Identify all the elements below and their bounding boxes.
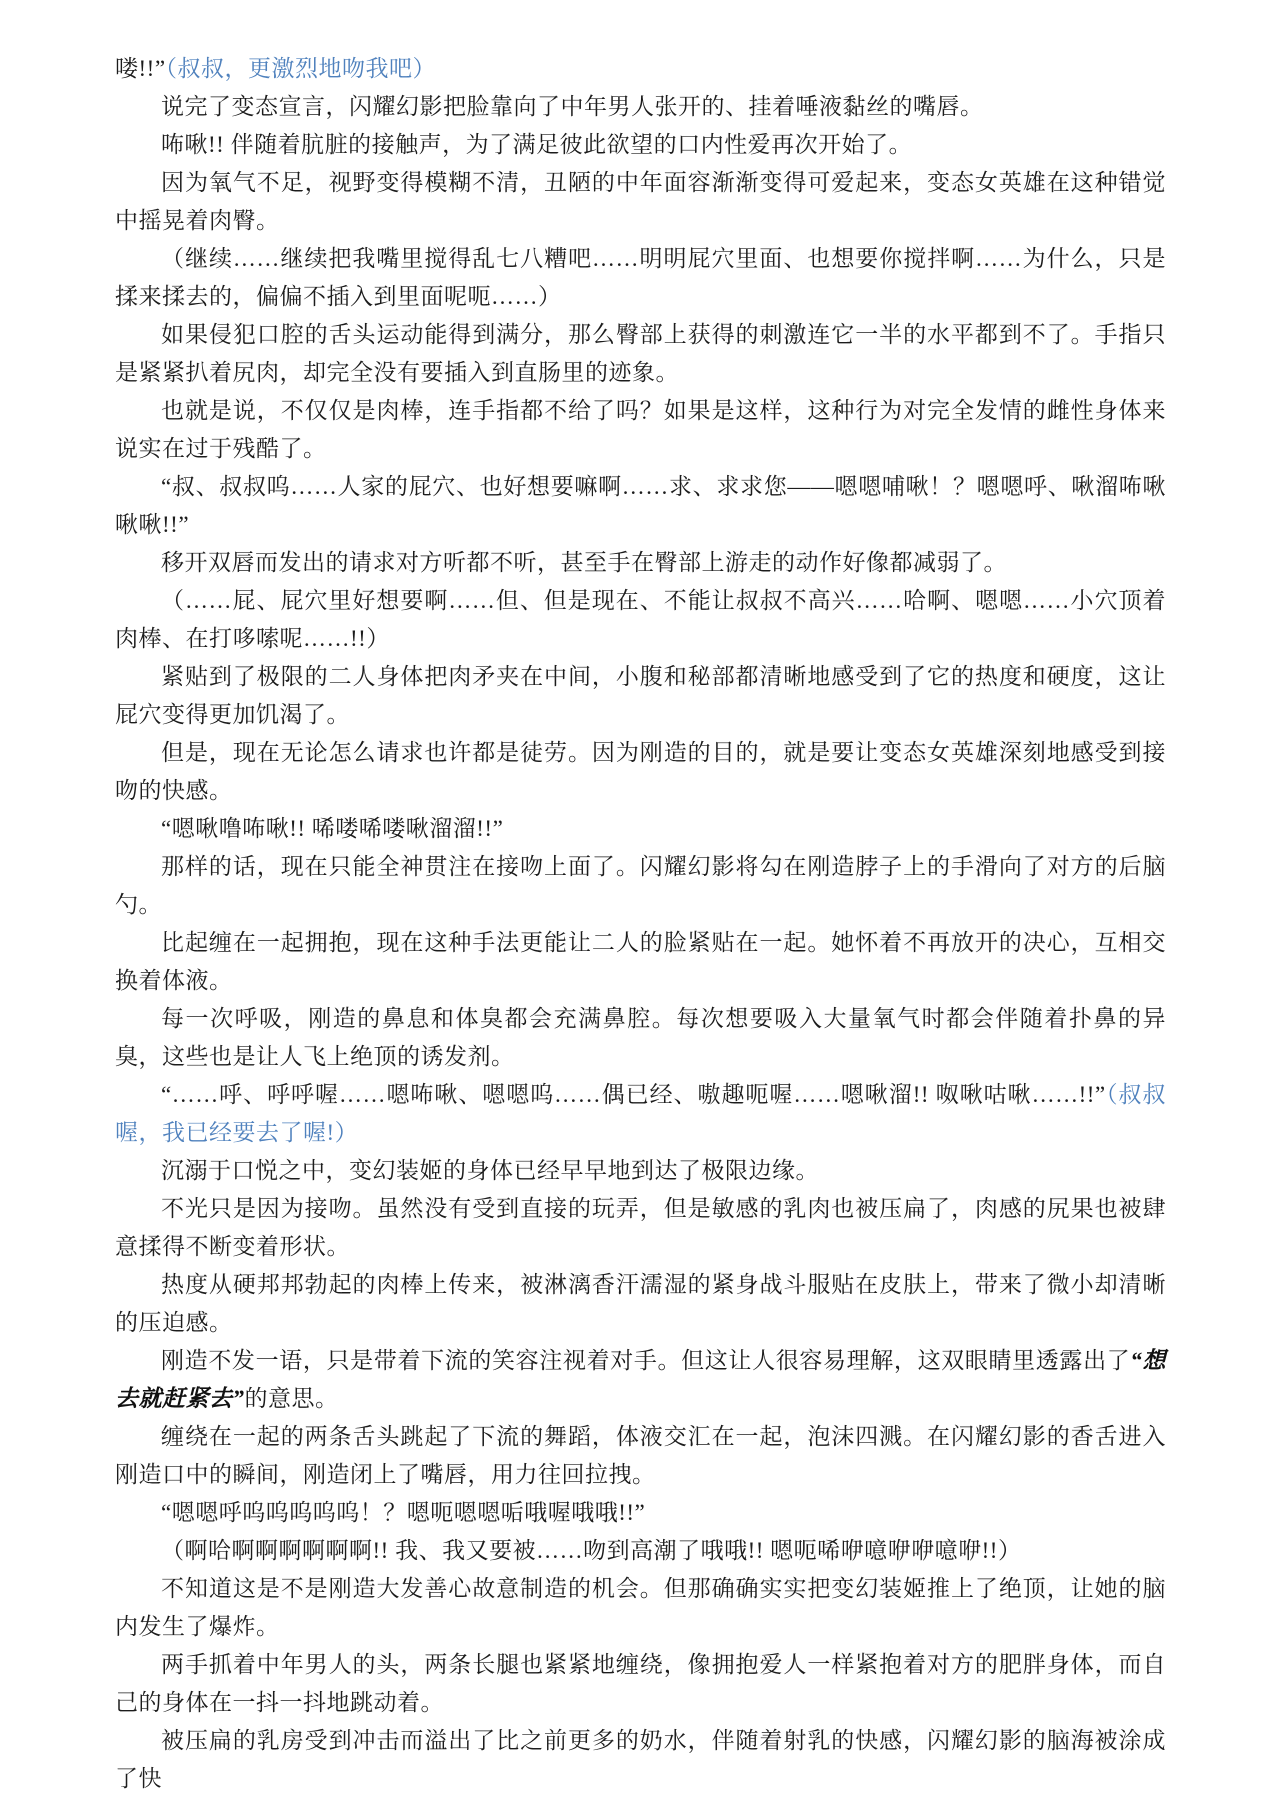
body-text: “……呼、呼呼喔……嗯咘啾、嗯嗯呜……偶已经、嗷趣呃喔……嗯啾溜!! 呶啾咕啾…… <box>161 1082 1106 1107</box>
body-text: 被压扁的乳房受到冲击而溢出了比之前更多的奶水，伴随着射乳的快感，闪耀幻影的脑海被… <box>115 1728 1166 1791</box>
paragraph: 比起缠在一起拥抱，现在这种手法更能让二人的脸紧贴在一起。她怀着不再放开的决心，互… <box>115 924 1166 1000</box>
paragraph: 也就是说，不仅仅是肉棒，连手指都不给了吗？如果是这样，这种行为对完全发情的雌性身… <box>115 392 1166 468</box>
paragraph: 不光只是因为接吻。虽然没有受到直接的玩弄，但是敏感的乳肉也被压扁了，肉感的尻果也… <box>115 1190 1166 1266</box>
body-text: 但是，现在无论怎么请求也许都是徒劳。因为刚造的目的，就是要让变态女英雄深刻地感受… <box>115 740 1166 803</box>
paragraph: 紧贴到了极限的二人身体把肉矛夹在中间，小腹和秘部都清晰地感受到了它的热度和硬度，… <box>115 658 1166 734</box>
body-text: 喽!!” <box>115 56 166 81</box>
paragraph: 不知道这是不是刚造大发善心故意制造的机会。但那确确实实把变幻装姬推上了绝顶，让她… <box>115 1570 1166 1646</box>
paragraph: （啊哈啊啊啊啊啊啊!! 我、我又要被……吻到高潮了哦哦!! 嗯呃唏咿噫咿咿噫咿!… <box>115 1532 1166 1570</box>
paragraph: “……呼、呼呼喔……嗯咘啾、嗯嗯呜……偶已经、嗷趣呃喔……嗯啾溜!! 呶啾咕啾…… <box>115 1076 1166 1152</box>
body-text: 每一次呼吸，刚造的鼻息和体臭都会充满鼻腔。每次想要吸入大量氧气时都会伴随着扑鼻的… <box>115 1006 1166 1069</box>
body-text: （……屁、屁穴里好想要啊……但、但是现在、不能让叔叔不高兴……哈啊、嗯嗯……小穴… <box>115 588 1166 651</box>
paragraph: 因为氧气不足，视野变得模糊不清，丑陋的中年面容渐渐变得可爱起来，变态女英雄在这种… <box>115 164 1166 240</box>
paragraph: “嗯啾噜咘啾!! 唏喽唏喽啾溜溜!!” <box>115 810 1166 848</box>
body-text: 刚造不发一语，只是带着下流的笑容注视着对手。但这让人很容易理解，这双眼睛里透露出… <box>161 1348 1130 1373</box>
paragraph: 如果侵犯口腔的舌头运动能得到满分，那么臀部上获得的刺激连它一半的水平都到不了。手… <box>115 316 1166 392</box>
document-page: 喽!!”（叔叔，更激烈地吻我吧）说完了变态宣言，闪耀幻影把脸靠向了中年男人张开的… <box>0 0 1280 1817</box>
body-text: 也就是说，不仅仅是肉棒，连手指都不给了吗？如果是这样，这种行为对完全发情的雌性身… <box>115 398 1166 461</box>
paragraph: （……屁、屁穴里好想要啊……但、但是现在、不能让叔叔不高兴……哈啊、嗯嗯……小穴… <box>115 582 1166 658</box>
paragraph: 喽!!”（叔叔，更激烈地吻我吧） <box>115 50 1166 88</box>
body-text: 不知道这是不是刚造大发善心故意制造的机会。但那确确实实把变幻装姬推上了绝顶，让她… <box>115 1576 1166 1639</box>
body-text: “叔、叔叔呜……人家的屁穴、也好想要嘛啊……求、求求您——嗯嗯哺啾！？嗯嗯呼、啾… <box>115 474 1166 537</box>
body-text: （啊哈啊啊啊啊啊啊!! 我、我又要被……吻到高潮了哦哦!! 嗯呃唏咿噫咿咿噫咿!… <box>161 1538 1021 1563</box>
document-body: 喽!!”（叔叔，更激烈地吻我吧）说完了变态宣言，闪耀幻影把脸靠向了中年男人张开的… <box>115 50 1166 1798</box>
body-text: 说完了变态宣言，闪耀幻影把脸靠向了中年男人张开的、挂着唾液黏丝的嘴唇。 <box>161 94 984 119</box>
body-text: 紧贴到了极限的二人身体把肉矛夹在中间，小腹和秘部都清晰地感受到了它的热度和硬度，… <box>115 664 1166 727</box>
body-text: 比起缠在一起拥抱，现在这种手法更能让二人的脸紧贴在一起。她怀着不再放开的决心，互… <box>115 930 1166 993</box>
body-text: 沉溺于口悦之中，变幻装姬的身体已经早早地到达了极限边缘。 <box>161 1158 819 1183</box>
body-text: 两手抓着中年男人的头，两条长腿也紧紧地缠绕，像拥抱爱人一样紧抱着对方的肥胖身体，… <box>115 1652 1166 1715</box>
body-text: 因为氧气不足，视野变得模糊不清，丑陋的中年面容渐渐变得可爱起来，变态女英雄在这种… <box>115 170 1166 233</box>
body-text: 咘啾!! 伴随着肮脏的接触声，为了满足彼此欲望的口内性爱再次开始了。 <box>161 132 912 157</box>
body-text: 不光只是因为接吻。虽然没有受到直接的玩弄，但是敏感的乳肉也被压扁了，肉感的尻果也… <box>115 1196 1166 1259</box>
paragraph: 移开双唇而发出的请求对方听都不听，甚至手在臀部上游走的动作好像都减弱了。 <box>115 544 1166 582</box>
paragraph: 但是，现在无论怎么请求也许都是徒劳。因为刚造的目的，就是要让变态女英雄深刻地感受… <box>115 734 1166 810</box>
paragraph: 那样的话，现在只能全神贯注在接吻上面了。闪耀幻影将勾在刚造脖子上的手滑向了对方的… <box>115 848 1166 924</box>
paragraph: “嗯嗯呼呜呜呜呜呜！？嗯呃嗯嗯㖃哦喔哦哦!!” <box>115 1494 1166 1532</box>
paragraph: 说完了变态宣言，闪耀幻影把脸靠向了中年男人张开的、挂着唾液黏丝的嘴唇。 <box>115 88 1166 126</box>
body-text: 缠绕在一起的两条舌头跳起了下流的舞蹈，体液交汇在一起，泡沫四溅。在闪耀幻影的香舌… <box>115 1424 1166 1487</box>
paragraph: 沉溺于口悦之中，变幻装姬的身体已经早早地到达了极限边缘。 <box>115 1152 1166 1190</box>
body-text: 那样的话，现在只能全神贯注在接吻上面了。闪耀幻影将勾在刚造脖子上的手滑向了对方的… <box>115 854 1166 917</box>
paragraph: 缠绕在一起的两条舌头跳起了下流的舞蹈，体液交汇在一起，泡沫四溅。在闪耀幻影的香舌… <box>115 1418 1166 1494</box>
body-text: 的意思。 <box>245 1386 339 1411</box>
translator-annotation: （叔叔，更激烈地吻我吧） <box>166 56 437 81</box>
page-background: { "document": { "type": "novel-text-page… <box>0 0 1280 1817</box>
body-text: 移开双唇而发出的请求对方听都不听，甚至手在臀部上游走的动作好像都减弱了。 <box>161 550 1007 575</box>
paragraph: 刚造不发一语，只是带着下流的笑容注视着对手。但这让人很容易理解，这双眼睛里透露出… <box>115 1342 1166 1418</box>
body-text: 如果侵犯口腔的舌头运动能得到满分，那么臀部上获得的刺激连它一半的水平都到不了。手… <box>115 322 1166 385</box>
paragraph: 两手抓着中年男人的头，两条长腿也紧紧地缠绕，像拥抱爱人一样紧抱着对方的肥胖身体，… <box>115 1646 1166 1722</box>
paragraph: 被压扁的乳房受到冲击而溢出了比之前更多的奶水，伴随着射乳的快感，闪耀幻影的脑海被… <box>115 1722 1166 1798</box>
paragraph: （继续……继续把我嘴里搅得乱七八糟吧……明明屁穴里面、也想要你搅拌啊……为什么，… <box>115 240 1166 316</box>
paragraph: 每一次呼吸，刚造的鼻息和体臭都会充满鼻腔。每次想要吸入大量氧气时都会伴随着扑鼻的… <box>115 1000 1166 1076</box>
body-text: （继续……继续把我嘴里搅得乱七八糟吧……明明屁穴里面、也想要你搅拌啊……为什么，… <box>115 246 1166 309</box>
body-text: “嗯啾噜咘啾!! 唏喽唏喽啾溜溜!!” <box>161 816 503 841</box>
body-text: 热度从硬邦邦勃起的肉棒上传来，被淋漓香汗濡湿的紧身战斗服贴在皮肤上，带来了微小却… <box>115 1272 1166 1335</box>
body-text: “嗯嗯呼呜呜呜呜呜！？嗯呃嗯嗯㖃哦喔哦哦!!” <box>161 1500 645 1525</box>
paragraph: “叔、叔叔呜……人家的屁穴、也好想要嘛啊……求、求求您——嗯嗯哺啾！？嗯嗯呼、啾… <box>115 468 1166 544</box>
paragraph: 咘啾!! 伴随着肮脏的接触声，为了满足彼此欲望的口内性爱再次开始了。 <box>115 126 1166 164</box>
paragraph: 热度从硬邦邦勃起的肉棒上传来，被淋漓香汗濡湿的紧身战斗服贴在皮肤上，带来了微小却… <box>115 1266 1166 1342</box>
